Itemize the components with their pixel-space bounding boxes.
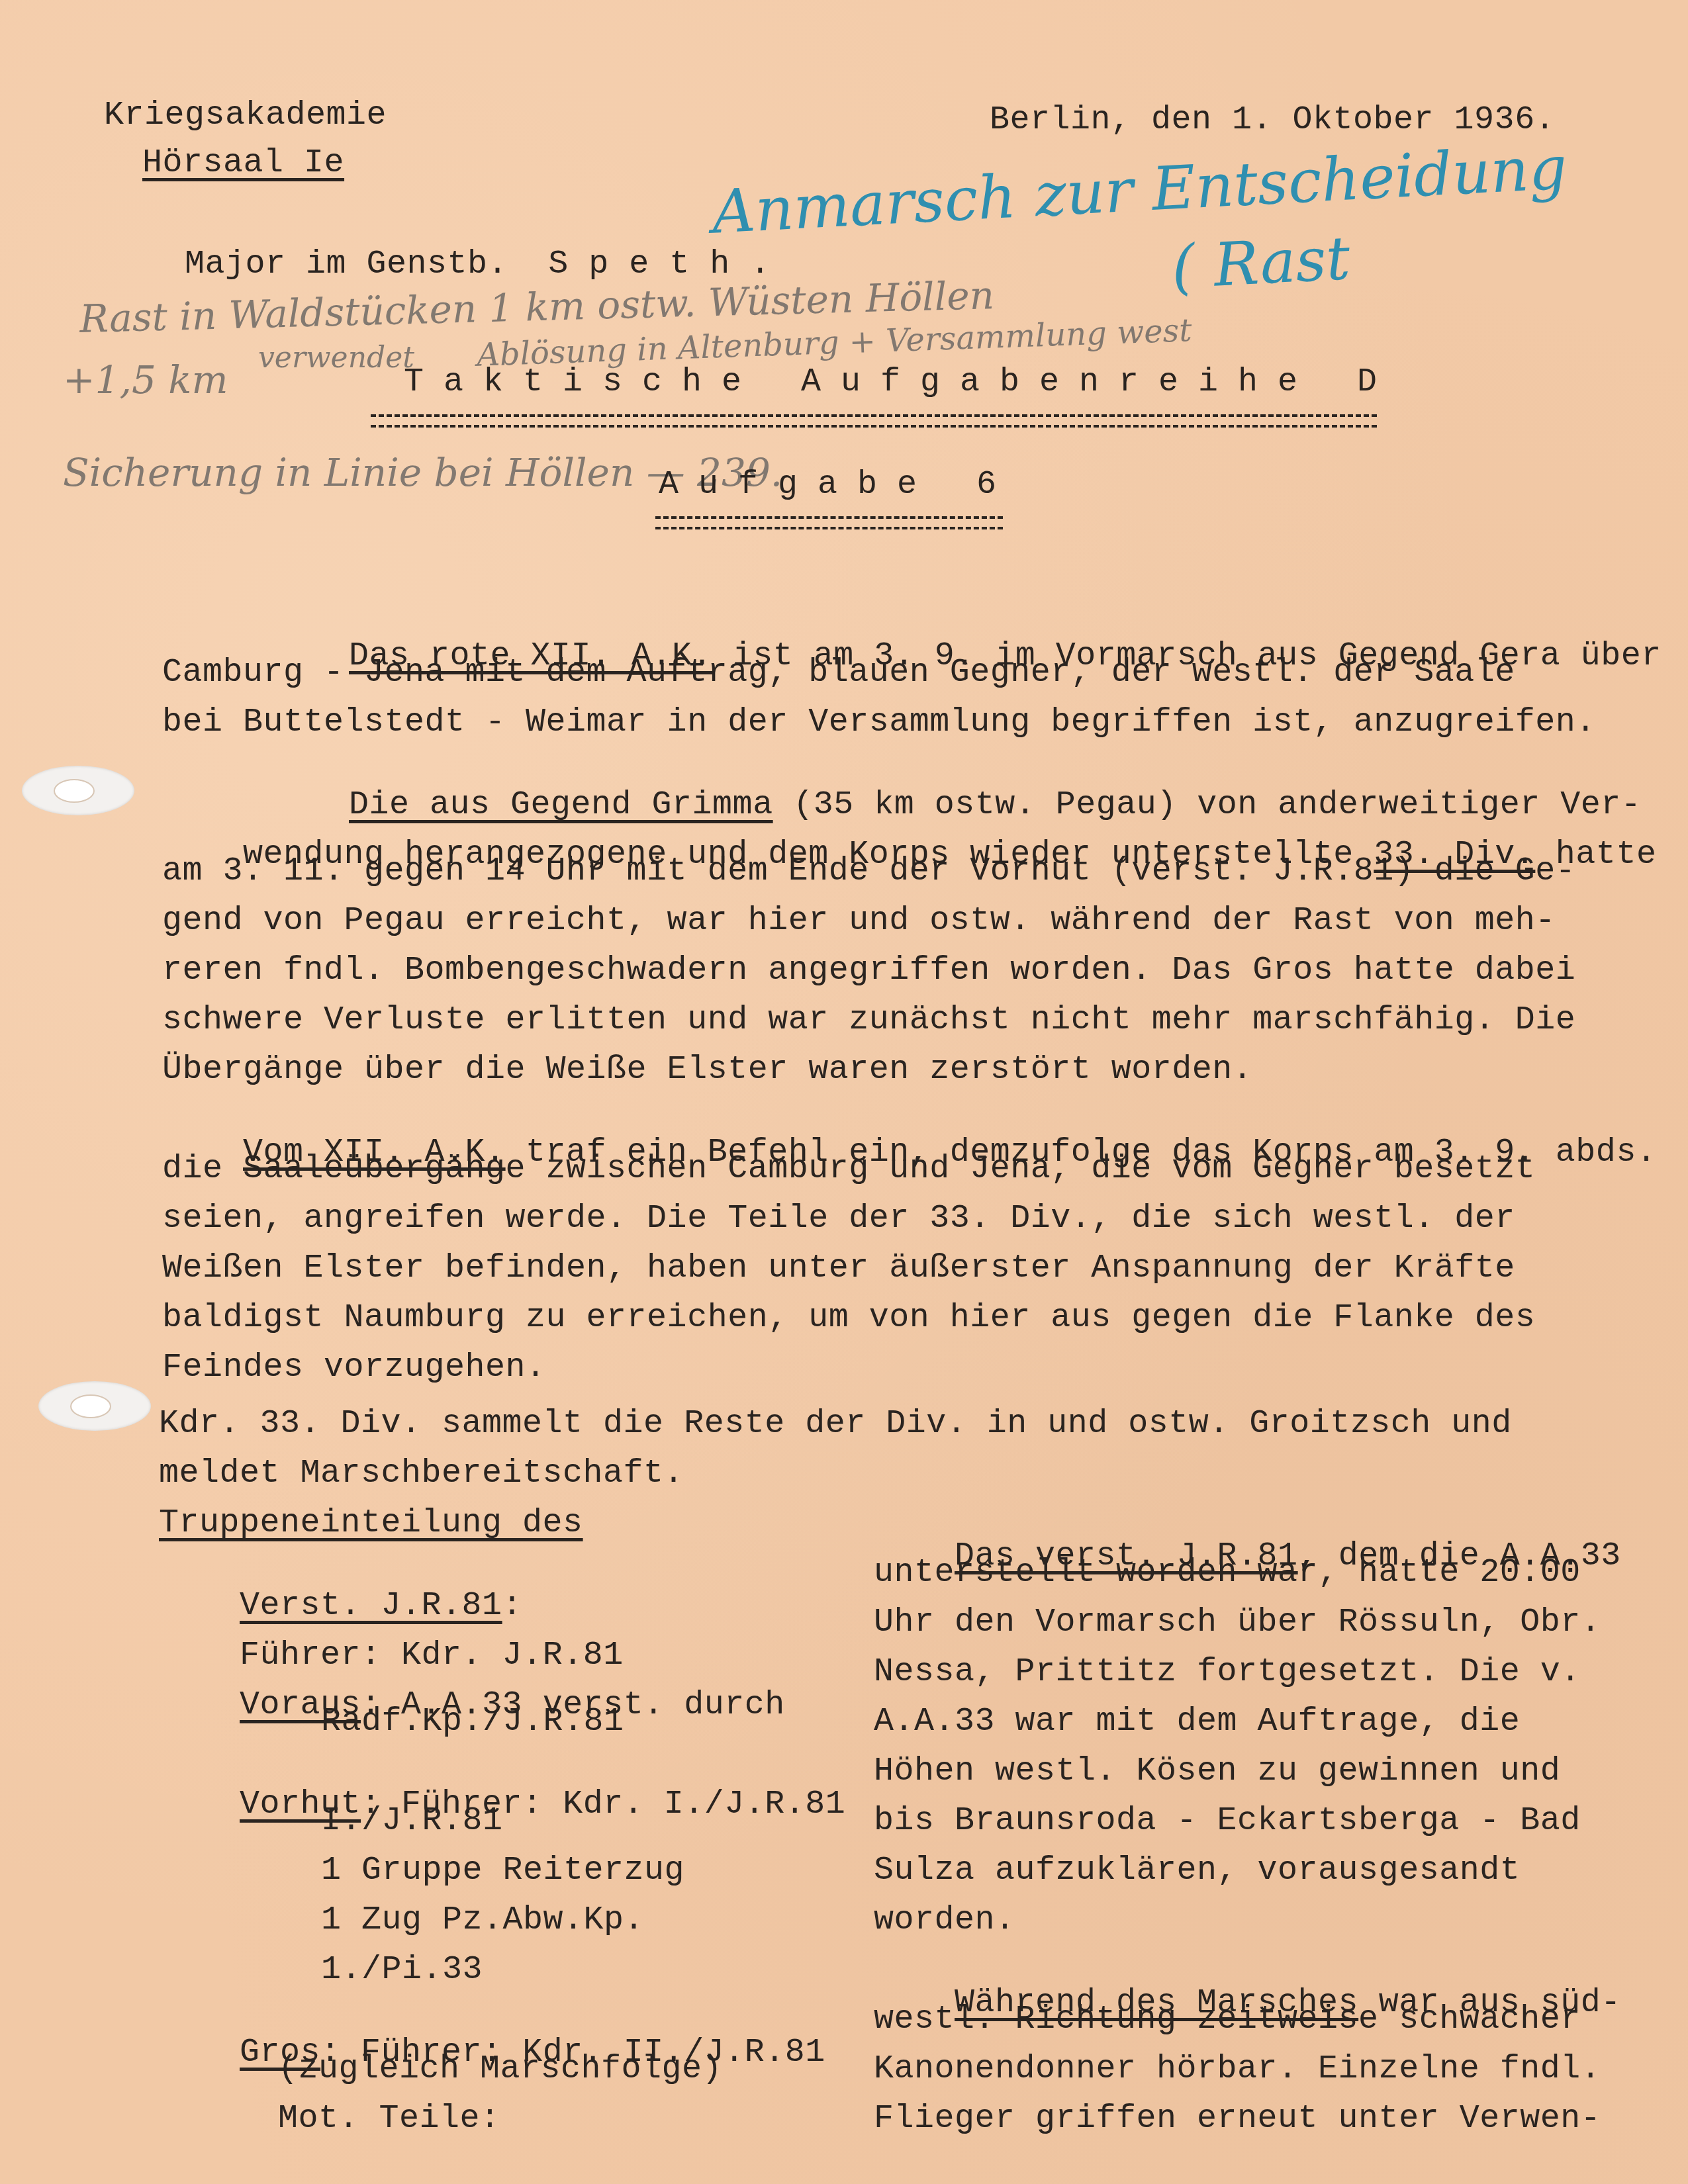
paragraph-2-line-3: am 3. 11. gegen 14 Uhr mit dem Ende der … (162, 855, 1575, 888)
task-title-double-rule (655, 516, 1003, 529)
paragraph-3-line-3: seien, angreifen werde. Die Teile der 33… (162, 1203, 1515, 1236)
right-paragraph-1-line-2: unterstellt worden war, hatte 20.00 (874, 1557, 1581, 1590)
paragraph-3-line-6: Feindes vorzugehen. (162, 1351, 546, 1385)
paragraph-3-line-2: die Saaleübergänge zwischen Camburg und … (162, 1153, 1535, 1186)
paragraph-3-line-4: Weißen Elster befinden, haben unter äuße… (162, 1252, 1515, 1285)
gros-line-3: Mot. Teile: (278, 2103, 500, 2136)
troop-organisation-heading-1: Truppeneinteilung des (159, 1507, 583, 1540)
vorhut-item-4: 1./Pi.33 (321, 1954, 483, 1987)
gros-line-2: (zugleich Marschfolge) (278, 2053, 722, 2086)
right-paragraph-2-line-2: westl. Richtung zeitweise schwacher (874, 2003, 1581, 2036)
right-paragraph-2-line-4: Flieger griffen erneut unter Verwen- (874, 2103, 1601, 2136)
punch-hole-bottom (38, 1381, 151, 1431)
place-date: Berlin, den 1. Oktober 1936. (990, 104, 1555, 137)
handwritten-note-blue-2: ( Rast (1170, 224, 1352, 302)
paragraph-2-line-4: gend von Pegau erreicht, war hier und os… (162, 905, 1556, 938)
vorhut-item-3: 1 Zug Pz.Abw.Kp. (321, 1904, 644, 1937)
right-paragraph-1-line-6: Höhen westl. Kösen zu gewinnen und (874, 1755, 1560, 1788)
paragraph-4-line-2: meldet Marschbereitschaft. (159, 1457, 684, 1490)
paragraph-1-line-3: bei Buttelstedt - Weimar in der Versamml… (162, 706, 1596, 739)
voraus-value-line-2: Radf.Kp./J.R.81 (321, 1706, 624, 1739)
right-paragraph-1-line-9: worden. (874, 1904, 1015, 1937)
handwritten-note-grey-2a: verwendet (258, 341, 414, 375)
vorhut-item-2: 1 Gruppe Reiterzug (321, 1854, 684, 1888)
handwritten-note-grey-2-prefix: +1,5 km (63, 357, 228, 402)
right-paragraph-1-line-7: bis Braunsroda - Eckartsberga - Bad (874, 1805, 1581, 1838)
paragraph-3-line-5: baldigst Naumburg zu erreichen, um von h… (162, 1302, 1535, 1335)
right-paragraph-1-line-5: A.A.33 war mit dem Auftrage, die (874, 1706, 1520, 1739)
right-paragraph-1-line-3: Uhr den Vormarsch über Rössuln, Obr. (874, 1606, 1601, 1639)
vorhut-item-1: I./J.R.81 (321, 1805, 503, 1838)
author-name: S p e t h . (548, 246, 771, 283)
author-rank: Major im Genstb. (185, 246, 508, 283)
paragraph-4-line-1: Kdr. 33. Div. sammelt die Reste der Div.… (159, 1408, 1512, 1441)
paragraph-2-line-5: reren fndl. Bombengeschwadern angegriffe… (162, 954, 1575, 987)
paragraph-2-line-7: Übergänge über die Weiße Elster waren ze… (162, 1054, 1252, 1087)
lecture-hall: Hörsaal Ie (142, 147, 344, 180)
right-paragraph-1-line-4: Nessa, Prittitz fortgesetzt. Die v. (874, 1656, 1581, 1689)
document-page: Kriegsakademie Hörsaal Ie Major im Genst… (0, 0, 1688, 2184)
institution: Kriegsakademie (104, 99, 387, 132)
right-paragraph-2-line-3: Kanonendonner hörbar. Einzelne fndl. (874, 2053, 1601, 2086)
series-title: Taktische Aufgabenreihe D (404, 366, 1397, 399)
paragraph-2-line-6: schwere Verluste erlitten und war zunäch… (162, 1004, 1575, 1037)
handwritten-note-blue-1: Anmarsch zur Entscheidung (710, 133, 1568, 248)
task-title: Aufgabe 6 (659, 469, 1016, 502)
punch-hole-top (22, 766, 134, 815)
paragraph-1-line-2: Camburg - Jena mit dem Auftrag, blauen G… (162, 657, 1515, 690)
right-paragraph-1-line-8: Sulza aufzuklären, vorausgesandt (874, 1854, 1520, 1888)
series-title-double-rule (371, 414, 1377, 428)
